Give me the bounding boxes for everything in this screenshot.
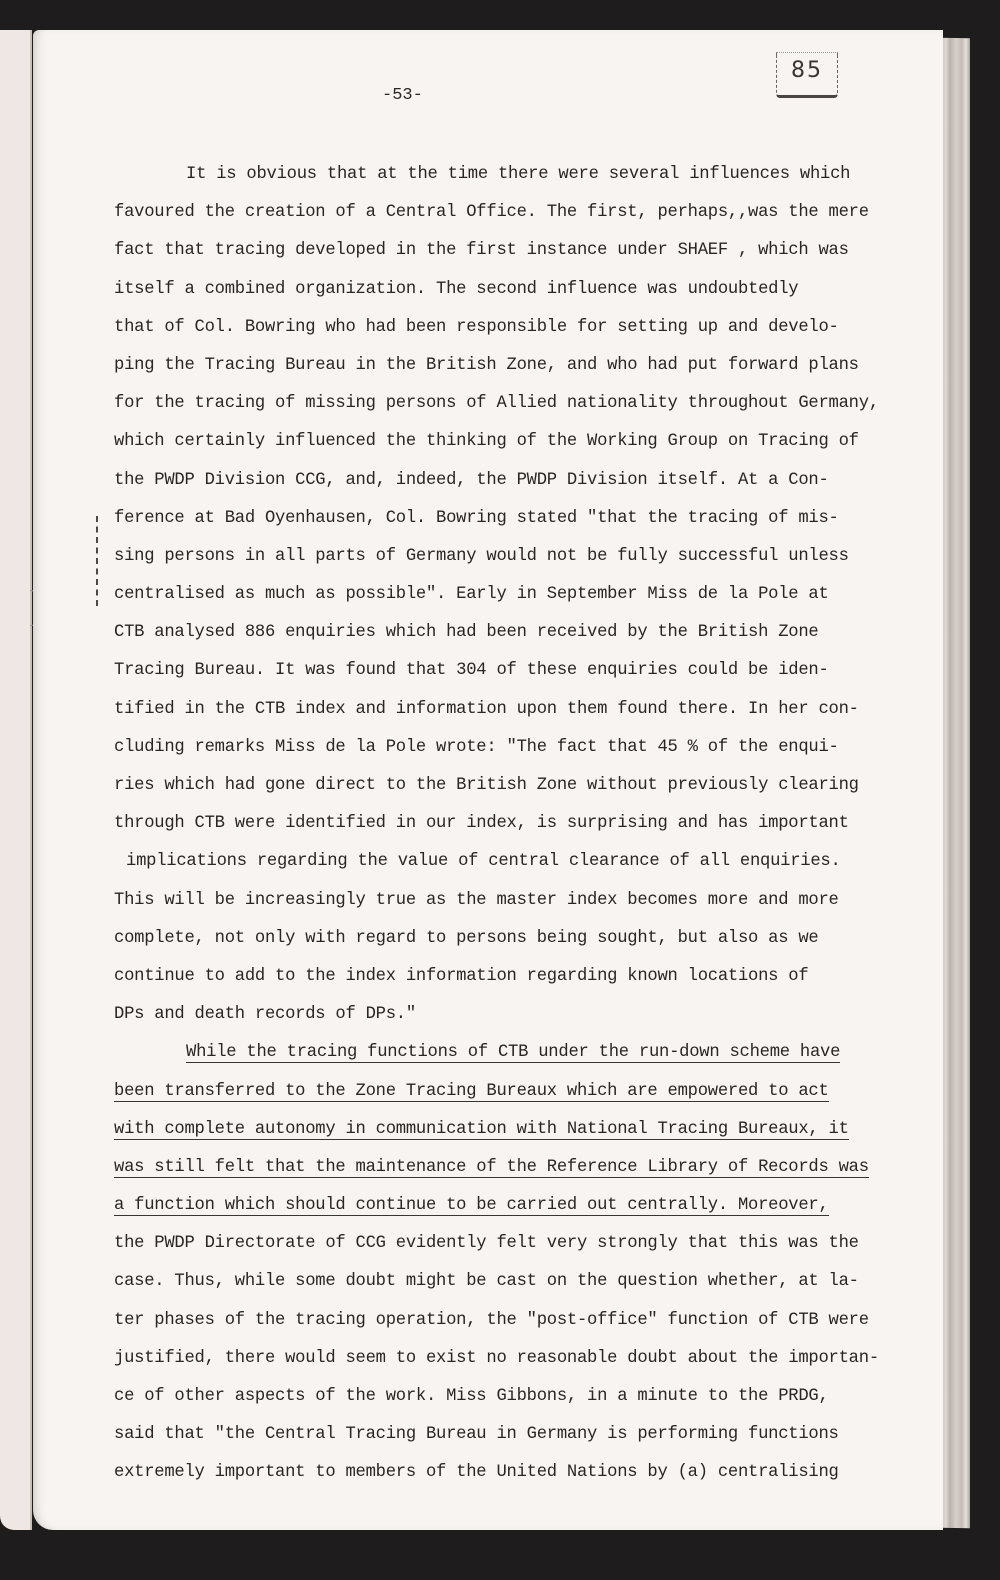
text-line-underlined: While the tracing functions of CTB under… — [114, 1038, 874, 1076]
text-line: CTB analysed 886 enquiries which had bee… — [114, 618, 874, 656]
text-line: itself a combined organization. The seco… — [114, 275, 874, 313]
text-line: This will be increasingly true as the ma… — [114, 886, 874, 924]
text-line: the PWDP Division CCG, and, indeed, the … — [114, 466, 874, 504]
text-line: sing persons in all parts of Germany wou… — [114, 542, 874, 580]
text-line-underlined: been transferred to the Zone Tracing Bur… — [114, 1077, 874, 1115]
text-line: through CTB were identified in our index… — [114, 809, 874, 847]
text-line: tified in the CTB index and information … — [114, 695, 874, 733]
text-line: the PWDP Directorate of CCG evidently fe… — [114, 1229, 874, 1267]
text-line: cluding remarks Miss de la Pole wrote: "… — [114, 733, 874, 771]
text-line: ference at Bad Oyenhausen, Col. Bowring … — [114, 504, 874, 542]
text-line: favoured the creation of a Central Offic… — [114, 198, 874, 236]
page-number: -53- — [382, 86, 423, 105]
text-line: implications regarding the value of cent… — [114, 847, 874, 885]
text-line-underlined: was still felt that the maintenance of t… — [114, 1153, 874, 1191]
text-line: ries which had gone direct to the Britis… — [114, 771, 874, 809]
folio-stamp: 85 — [776, 52, 838, 98]
text-line: centralised as much as possible". Early … — [114, 580, 874, 618]
text-line: which certainly influenced the thinking … — [114, 427, 874, 465]
text-line: It is obvious that at the time there wer… — [114, 160, 874, 198]
text-line: Tracing Bureau. It was found that 304 of… — [114, 656, 874, 694]
text-line: ping the Tracing Bureau in the British Z… — [114, 351, 874, 389]
text-line: extremely important to members of the Un… — [114, 1458, 874, 1496]
text-line: said that "the Central Tracing Bureau in… — [114, 1420, 874, 1458]
text-line-underlined: a function which should continue to be c… — [114, 1191, 874, 1229]
text-line: DPs and death records of DPs." — [114, 1000, 874, 1038]
margin-bracket-mark — [96, 516, 100, 606]
page-stack-edge — [940, 38, 970, 1529]
text-line: for the tracing of missing persons of Al… — [114, 389, 874, 427]
text-line: justified, there would seem to exist no … — [114, 1344, 874, 1382]
text-line: ce of other aspects of the work. Miss Gi… — [114, 1382, 874, 1420]
text-line: complete, not only with regard to person… — [114, 924, 874, 962]
text-line: case. Thus, while some doubt might be ca… — [114, 1267, 874, 1305]
text-line: fact that tracing developed in the first… — [114, 236, 874, 274]
text-line: that of Col. Bowring who had been respon… — [114, 313, 874, 351]
typewritten-body: It is obvious that at the time there wer… — [114, 160, 874, 1497]
text-line: continue to add to the index information… — [114, 962, 874, 1000]
facing-page-edge — [0, 30, 32, 1530]
text-line: ter phases of the tracing operation, the… — [114, 1306, 874, 1344]
text-line-underlined: with complete autonomy in communication … — [114, 1115, 874, 1153]
